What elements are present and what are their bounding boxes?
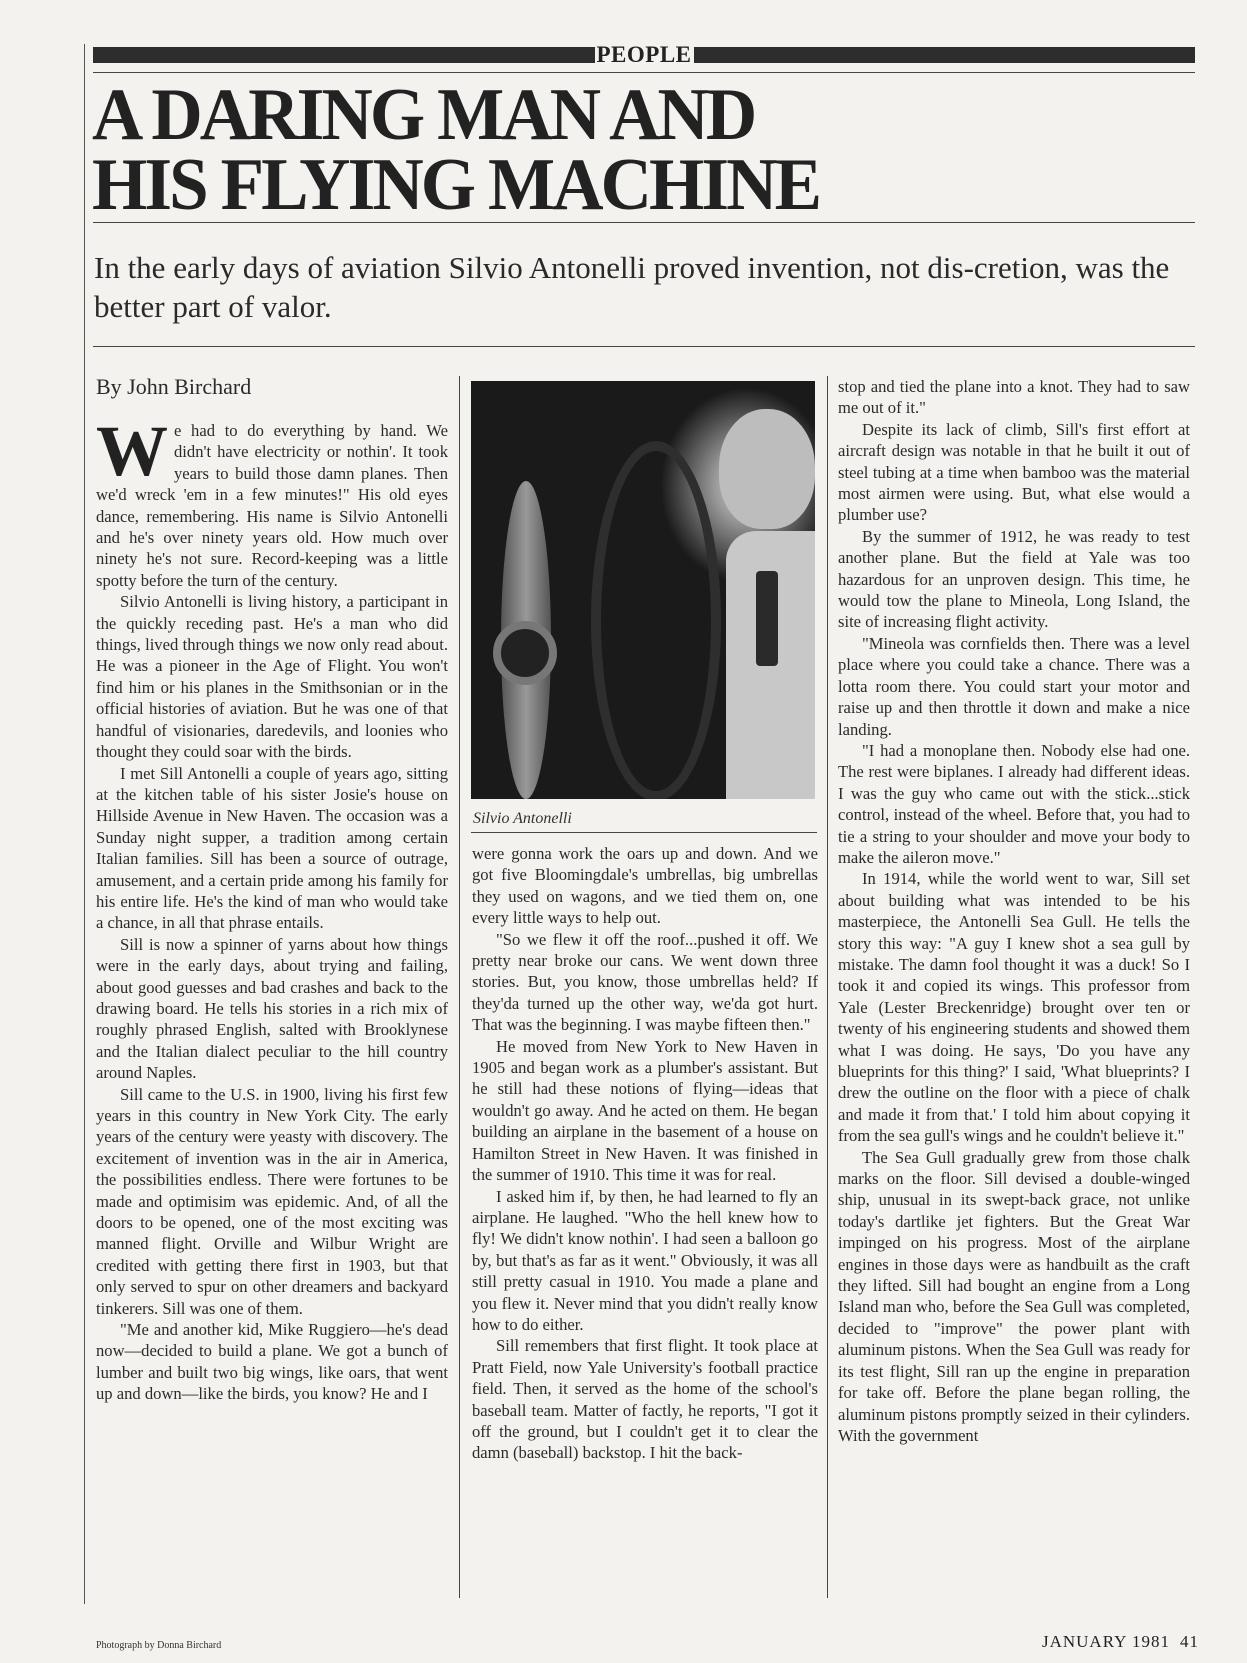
photo-figure-head [719, 409, 815, 529]
paragraph: were gonna work the oars up and down. An… [472, 843, 818, 929]
byline: By John Birchard [96, 374, 251, 400]
paragraph: "I had a monoplane then. Nobody else had… [838, 740, 1190, 868]
column-divider-2 [827, 376, 828, 1598]
section-bar-right [694, 47, 1196, 63]
column-divider-1 [459, 376, 460, 1598]
paragraph: Sill came to the U.S. in 1900, living hi… [96, 1084, 448, 1319]
paragraph: Silvio Antonelli is living history, a pa… [96, 591, 448, 762]
deck-subtitle: In the early days of aviation Silvio Ant… [94, 248, 1194, 326]
paragraph: The Sea Gull gradually grew from those c… [838, 1147, 1190, 1447]
paragraph: stop and tied the plane into a knot. The… [838, 376, 1190, 419]
drop-cap: W [96, 422, 168, 480]
photo-propeller-hub [493, 621, 557, 685]
photo-engine-ring [591, 441, 721, 799]
headline-rule [93, 222, 1195, 223]
paragraph: By the summer of 1912, he was ready to t… [838, 526, 1190, 633]
photo-figure-tie [756, 571, 778, 666]
deck-rule [93, 346, 1195, 347]
headline: A DARING MAN AND HIS FLYING MACHINE [92, 80, 1148, 220]
paragraph: "Mineola was cornfields then. There was … [838, 633, 1190, 740]
issue-date: JANUARY 1981 [1042, 1632, 1170, 1651]
photo-caption: Silvio Antonelli [473, 810, 572, 828]
paragraph: Despite its lack of climb, Sill's first … [838, 419, 1190, 526]
paragraph: "So we flew it off the roof...pushed it … [472, 929, 818, 1036]
paragraph: We had to do everything by hand. We didn… [96, 420, 448, 591]
page-folio: JANUARY 198141 [1042, 1632, 1199, 1652]
paragraph: I asked him if, by then, he had learned … [472, 1186, 818, 1336]
page-number: 41 [1180, 1632, 1199, 1651]
paragraph: Sill is now a spinner of yarns about how… [96, 934, 448, 1084]
paragraph: I met Sill Antonelli a couple of years a… [96, 763, 448, 934]
section-header: PEOPLE [93, 44, 1195, 66]
caption-rule [471, 832, 817, 833]
paragraph: In 1914, while the world went to war, Si… [838, 868, 1190, 1146]
article-column-2: were gonna work the oars up and down. An… [472, 843, 818, 1464]
section-label: PEOPLE [595, 44, 694, 66]
article-column-3: stop and tied the plane into a knot. The… [838, 376, 1190, 1446]
header-rule [93, 72, 1195, 73]
headline-line-2: HIS FLYING MACHINE [92, 150, 1148, 220]
photo-credit: Photograph by Donna Birchard [96, 1640, 221, 1651]
paragraph: "Me and another kid, Mike Ruggiero—he's … [96, 1319, 448, 1405]
article-column-1: We had to do everything by hand. We didn… [96, 420, 448, 1405]
section-bar-left [93, 47, 595, 63]
paragraph: He moved from New York to New Haven in 1… [472, 1036, 818, 1186]
page-left-rule [84, 44, 85, 1604]
portrait-photo [471, 381, 815, 799]
headline-line-1: A DARING MAN AND [92, 80, 1148, 150]
paragraph: Sill remembers that first flight. It too… [472, 1335, 818, 1463]
